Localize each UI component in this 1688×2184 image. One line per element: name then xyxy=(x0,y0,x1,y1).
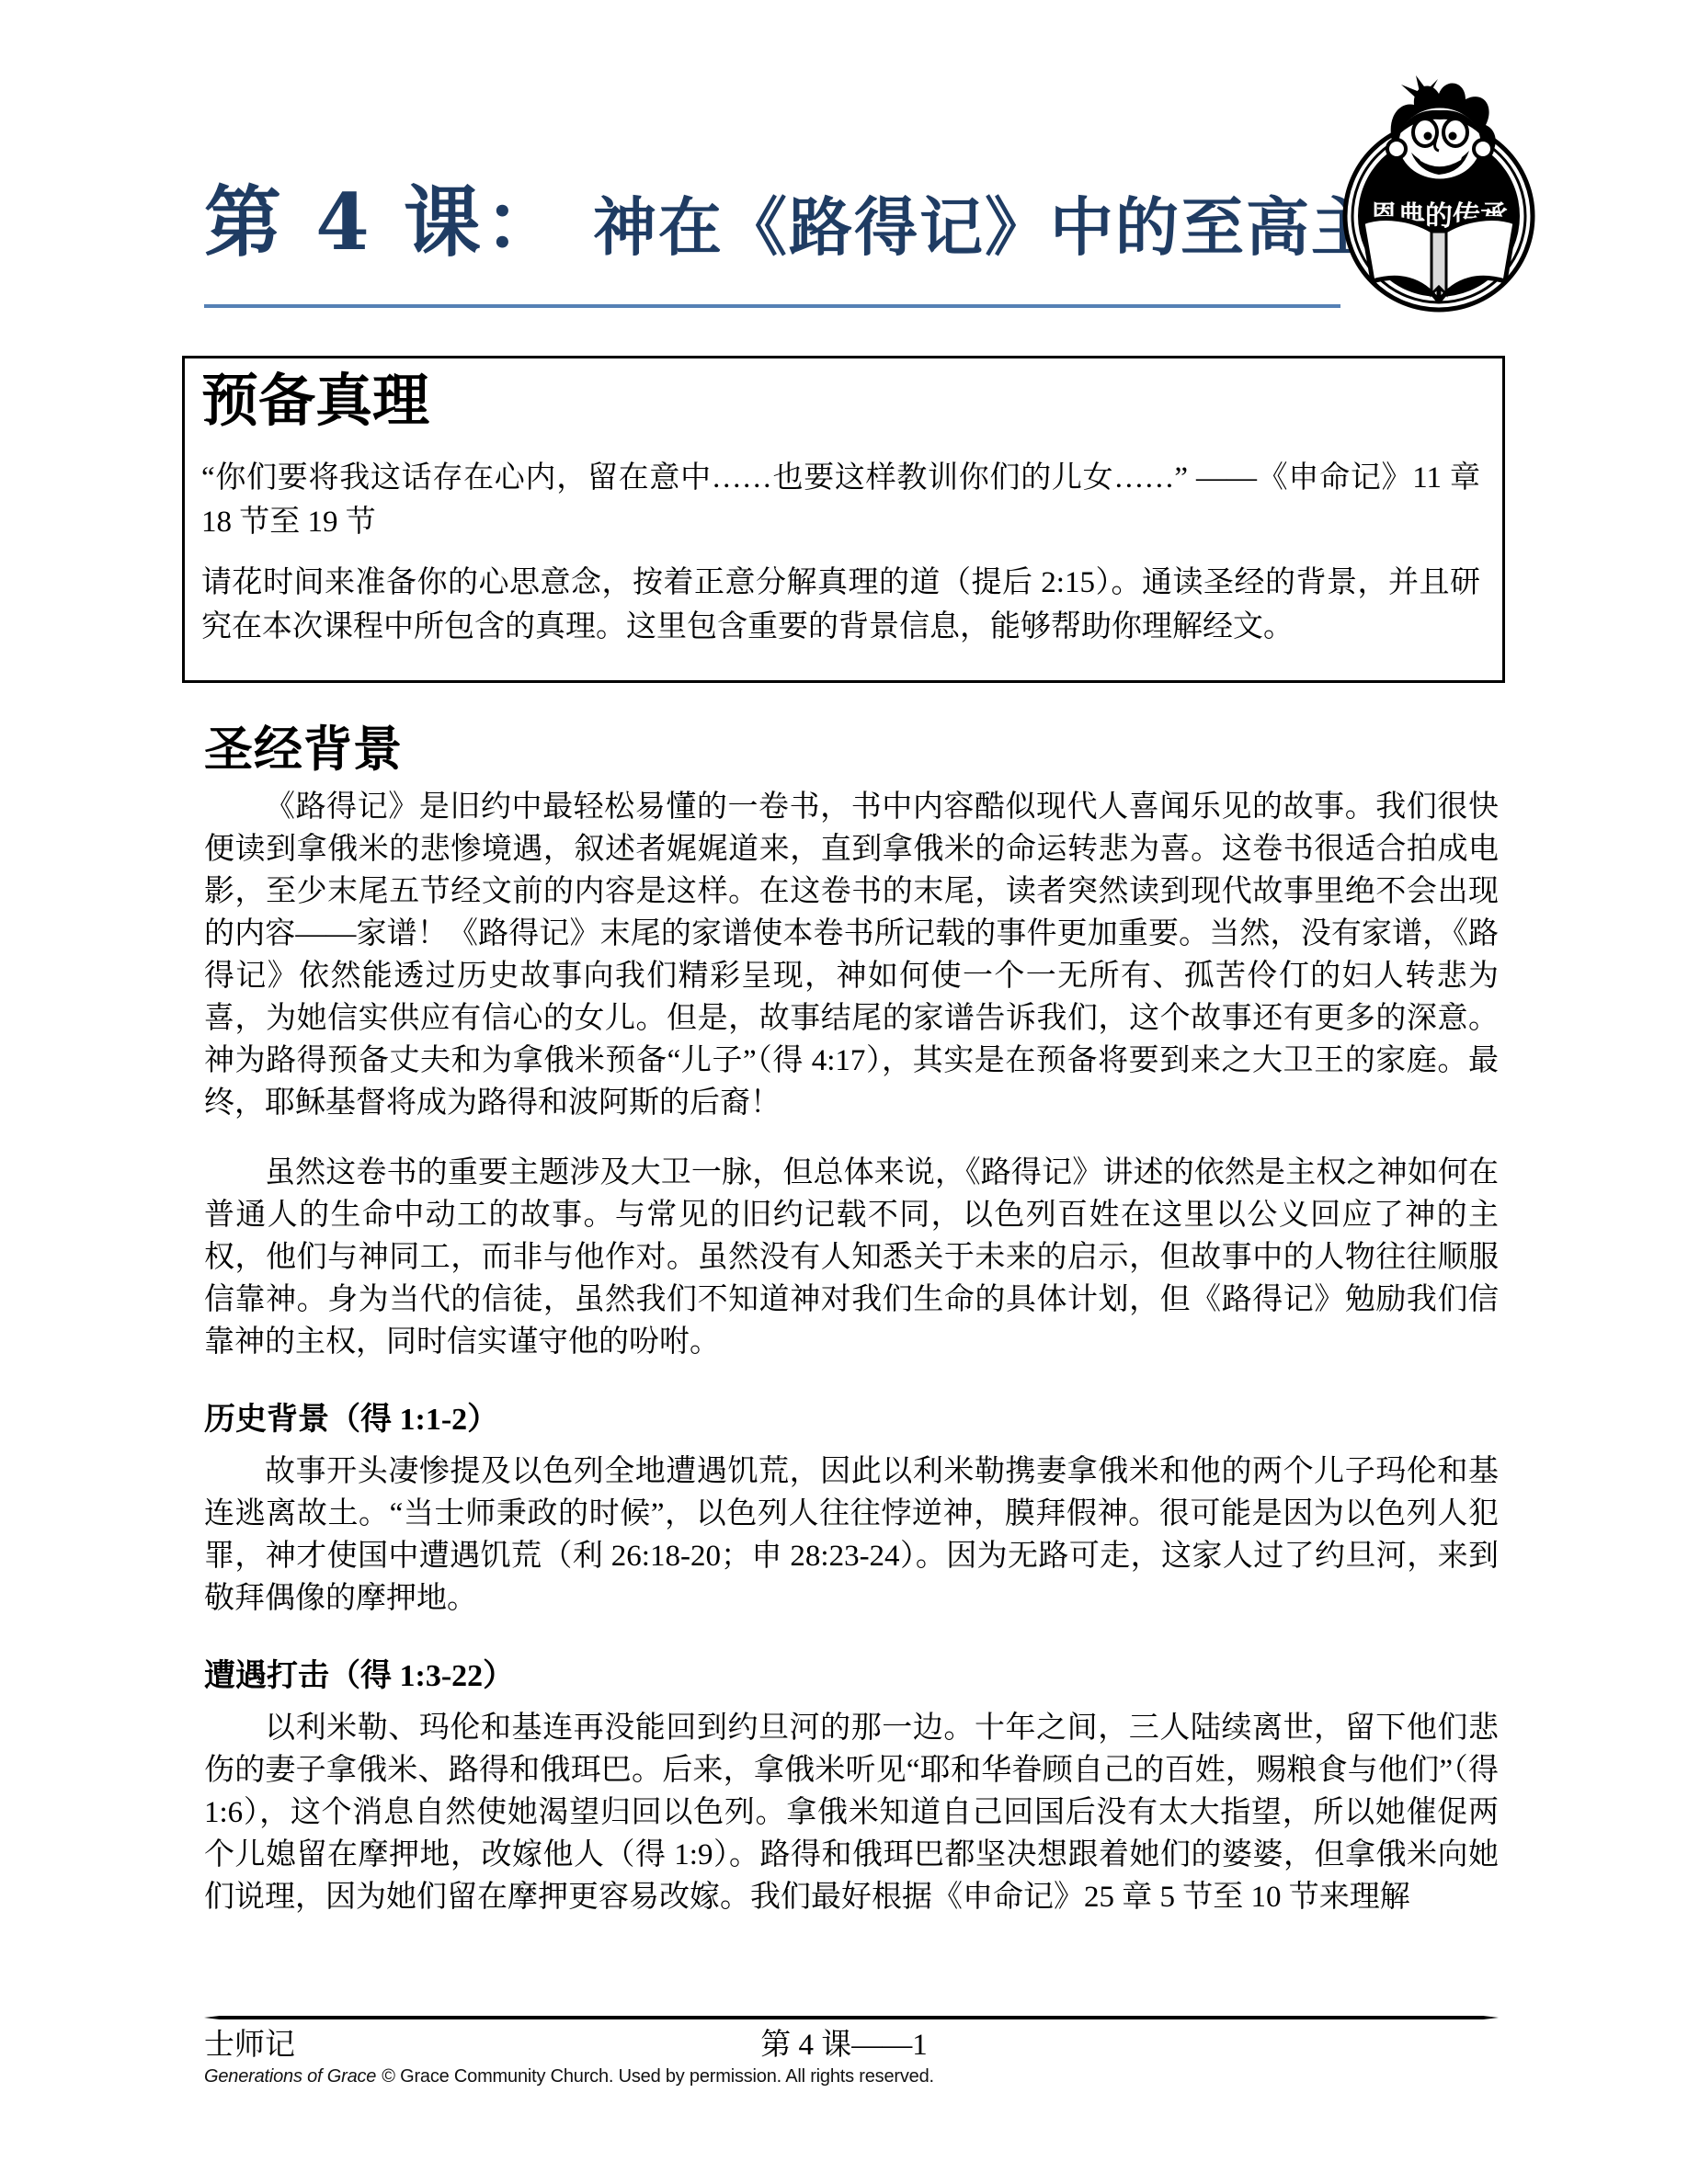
subsection-heading-history: 历史背景（得 1:1-2） xyxy=(204,1402,1499,1439)
footer-page-number: 第 4 课——1 xyxy=(0,2028,1688,2065)
page-title: 第 4 课：神在《路得记》中的至高主权 xyxy=(204,184,1442,261)
background-paragraph: 《路得记》是旧约中最轻松易懂的一卷书，书中内容酷似现代人喜闻乐见的故事。我们很快… xyxy=(204,786,1499,1124)
prepare-truth-quote: “你们要将我这话存在心内，留在意中……也要这样教训你们的儿女……” ——《申命记… xyxy=(201,456,1480,544)
bible-background-section: 圣经背景 《路得记》是旧约中最轻松易懂的一卷书，书中内容酷似现代人喜闻乐见的故事… xyxy=(204,722,1499,1918)
prepare-truth-box: 预备真理 “你们要将我这话存在心内，留在意中……也要这样教训你们的儿女……” —… xyxy=(182,356,1505,683)
background-paragraph: 虽然这卷书的重要主题涉及大卫一脉，但总体来说，《路得记》讲述的依然是主权之神如何… xyxy=(204,1152,1499,1363)
prepare-truth-instruction: 请花时间来准备你的心思意念，按着正意分解真理的道（提后 2:15）。通读圣经的背… xyxy=(201,561,1480,649)
subsection-paragraph: 故事开头凄惨提及以色列全地遭遇饥荒，因此以利米勒携妻拿俄米和他的两个儿子玛伦和基… xyxy=(204,1450,1499,1620)
document-page: 第 4 课：神在《路得记》中的至高主权 xyxy=(0,0,1688,2184)
logo-graphic: 恩典的传承 xyxy=(1340,74,1537,318)
bible-background-heading: 圣经背景 xyxy=(204,722,1499,779)
footer-copyright-series-title: Generations of Grace xyxy=(204,2066,376,2087)
generations-of-grace-logo: 恩典的传承 xyxy=(1340,74,1537,318)
prepare-truth-heading: 预备真理 xyxy=(201,370,1480,432)
footer-divider-rule xyxy=(204,2016,1499,2019)
footer-copyright: Generations of Grace© Grace Community Ch… xyxy=(204,2066,934,2087)
lesson-title-text: 神在《路得记》中的至高主权 xyxy=(593,190,1442,265)
lesson-number-label: 第 4 课： xyxy=(204,176,565,267)
subsection-heading-tragedy: 遭遇打击（得 1:3-22） xyxy=(204,1658,1499,1696)
title-divider-rule xyxy=(204,304,1340,308)
footer-copyright-text: © Grace Community Church. Used by permis… xyxy=(382,2066,934,2087)
subsection-paragraph: 以利米勒、玛伦和基连再没能回到约旦河的那一边。十年之间，三人陆续离世，留下他们悲… xyxy=(204,1707,1499,1918)
